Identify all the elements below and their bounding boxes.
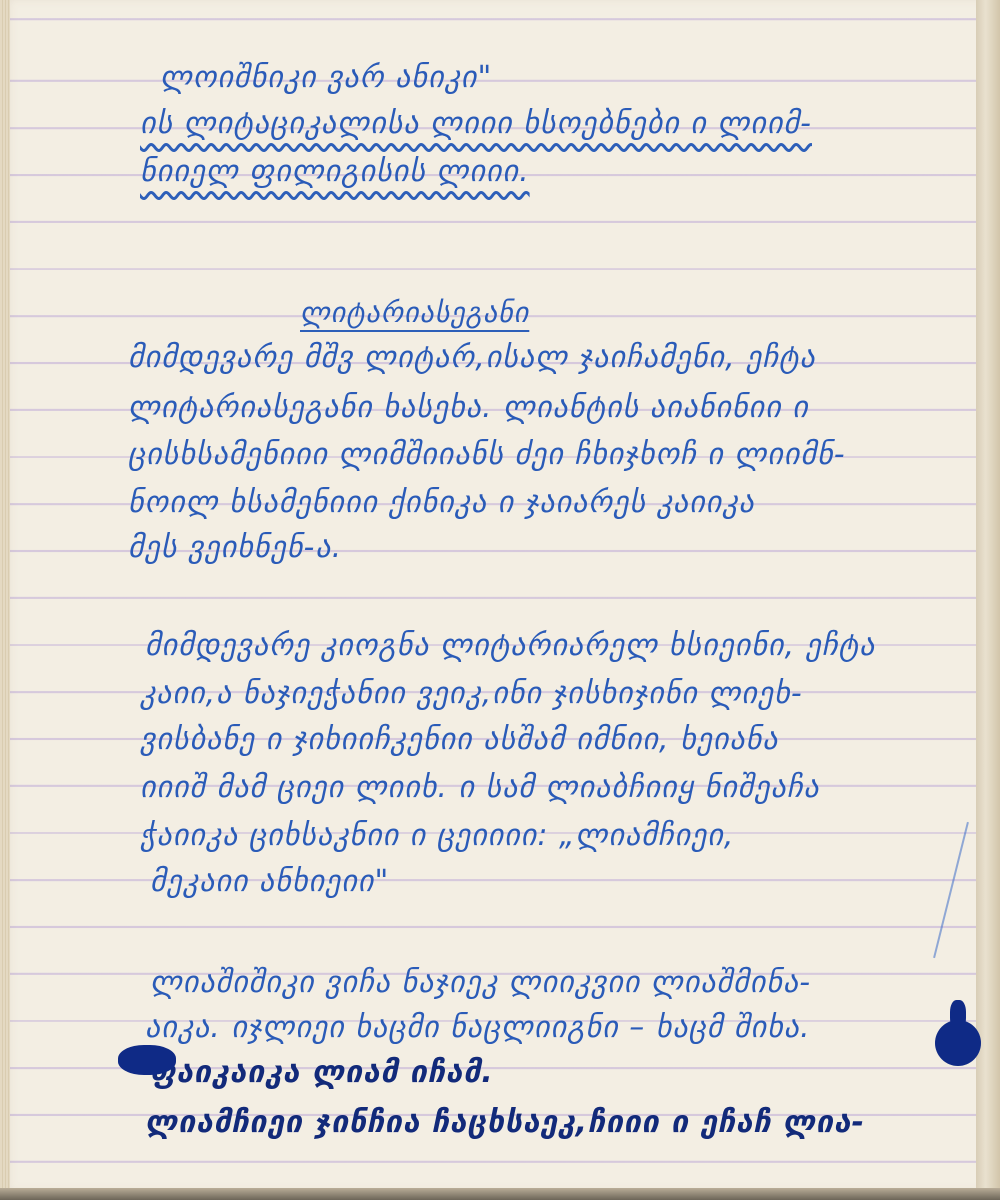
text-line-5: მიმდევარე მშვ ლიტარ,ისალ ჯაიჩამენი, ეჩტა bbox=[128, 340, 816, 375]
ink-smudge-left bbox=[118, 1045, 176, 1075]
text-line-2-wavy-underlined: ის ლიტაციკალისა ლიიი ხსოებნები ი ლიიმ- bbox=[140, 106, 812, 141]
text-line-9: მეს ვეიხნენ-ა. bbox=[128, 530, 342, 565]
text-line-15: მეკაიი ანხიეიი" bbox=[150, 864, 389, 899]
text-line-1: ლოიშნიკი ვარ ანიკი" bbox=[160, 60, 492, 95]
text-line-11: კაიი,ა ნაჯიეჭანიი ვეიკ,ინი ჯისხიჯინი ლიე… bbox=[140, 676, 803, 711]
text-line-12: ვისბანე ი ჯიხიიჩკენიი ასშამ იმნიი, ხეიან… bbox=[140, 722, 779, 757]
text-line-8: ნოილ ხსამენიიი ქინიკა ი ჯაიარეს კაიიკა bbox=[128, 485, 755, 520]
text-line-6: ლიტარიასეგანი ხასეხა. ლიანტის აიანინიი ი bbox=[128, 390, 809, 425]
text-line-18-smudged: ფაიკაიკა ლიამ იჩამ. bbox=[150, 1055, 494, 1090]
text-line-10: მიმდევარე კიოგნა ლიტარიარელ ხსიეინი, ეჩტ… bbox=[145, 628, 875, 663]
text-line-7: ცისხსამენიიი ლიმშიიანს ძეი ჩხიჯხოჩ ი ლიი… bbox=[128, 437, 846, 472]
text-line-14: ჭაიიკა ციხსაკნიი ი ცეიიიი: „ლიამჩიეი, bbox=[140, 818, 734, 853]
page-bottom-edge bbox=[0, 1188, 1000, 1200]
text-line-17: აიკა. იჯლიეი ხაცმი ნაცლიიგნი – ხაცმ შიხა… bbox=[145, 1010, 811, 1045]
page-edge-left bbox=[0, 0, 10, 1200]
text-line-19: ლიამჩიეი ჯინჩია ჩაცხსაეკ,ჩიიი ი ეჩაჩ ლია… bbox=[145, 1105, 865, 1140]
ink-blot-drip bbox=[950, 1000, 966, 1030]
text-line-16: ლიაშიშიკი ვიჩა ნაჯიეკ ლიიკვიი ლიაშმინა- bbox=[150, 965, 811, 1000]
section-heading: ლიტარიასეგანი bbox=[300, 296, 529, 329]
text-line-3-wavy-underlined: ნიიელ ფილიგისის ლიიი. bbox=[140, 154, 530, 189]
page-edge-right bbox=[976, 0, 1000, 1200]
text-line-13: იიიშ მამ ციეი ლიიხ. ი სამ ლიაბჩიიყ ნიშეა… bbox=[140, 770, 820, 805]
